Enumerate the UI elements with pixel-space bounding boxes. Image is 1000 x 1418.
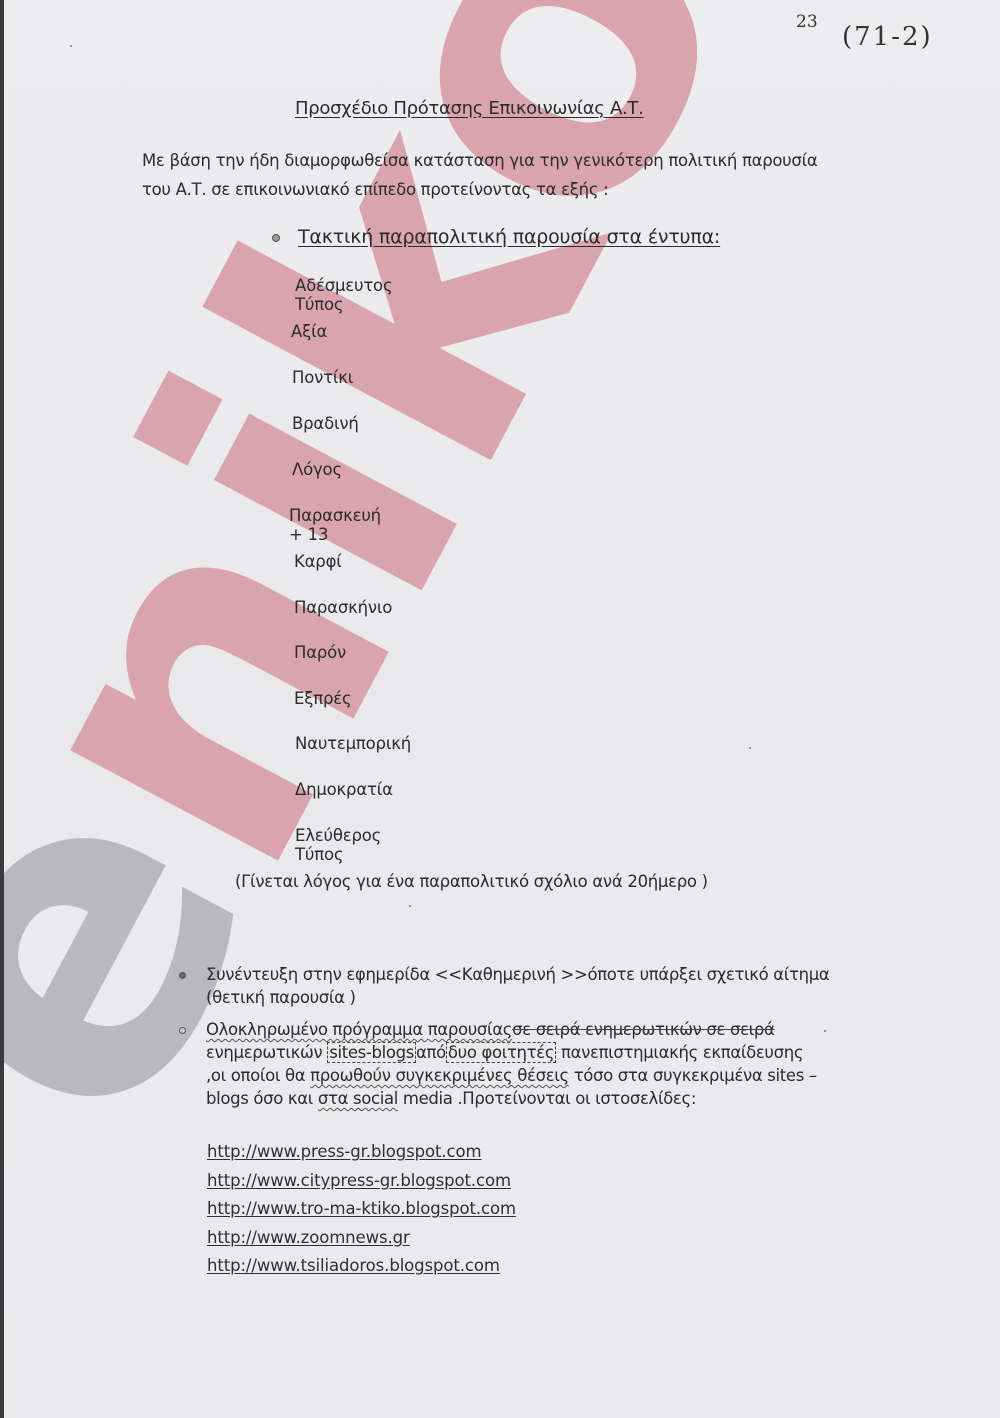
website-link[interactable]: http://www.tsiliadoros.blogspot.com	[207, 1252, 516, 1281]
publication-item: Λόγος	[292, 460, 342, 479]
website-link[interactable]: http://www.press-gr.blogspot.com	[207, 1138, 516, 1167]
website-link[interactable]: http://www.citypress-gr.blogspot.com	[207, 1167, 516, 1196]
publication-item: Ελεύθερος Τύπος	[295, 826, 381, 864]
scanned-page: enikos.gr 23 (71-2) Προσχέδιο Πρότασης Ε…	[0, 0, 1000, 1418]
publication-item: Παρόν	[294, 643, 346, 662]
bullet-icon	[179, 972, 186, 979]
bullet-icon	[272, 234, 280, 242]
publication-item: Αξία	[291, 322, 327, 341]
bullet-online-program: Ολοκληρωμένο πρόγραμμα παρουσίαςσε σειρά…	[176, 1018, 866, 1110]
website-link[interactable]: http://www.tro-ma-ktiko.blogspot.com	[207, 1195, 516, 1224]
publication-item: Παρασκευή + 13	[289, 506, 381, 544]
bullet-icon	[179, 1027, 186, 1034]
annotated-box: δυο φοιτητές	[446, 1042, 556, 1063]
publication-item: Βραδινή	[292, 414, 359, 433]
frequency-note: (Γίνεται λόγος για ένα παραπολιτικό σχόλ…	[235, 872, 708, 891]
document-title: Προσχέδιο Πρότασης Επικοινωνίας Α.Τ.	[295, 98, 644, 119]
intro-line-1: Με βάση την ήδη διαμορφωθείσα κατάσταση …	[142, 146, 842, 175]
publication-item: Αδέσμευτος Τύπος	[295, 276, 392, 314]
scan-speck	[824, 1030, 826, 1032]
handwritten-reference: (71-2)	[842, 22, 933, 52]
publication-item: Δημοκρατία	[295, 780, 393, 799]
proposal-bullets: Συνέντευξη στην εφημερίδα <<Καθημερινή >…	[176, 963, 866, 1110]
scan-speck	[70, 45, 72, 47]
publication-item: Ποντίκι	[292, 368, 353, 387]
intro-paragraph: Με βάση την ήδη διαμορφωθείσα κατάσταση …	[142, 146, 842, 204]
bullet-interview: Συνέντευξη στην εφημερίδα <<Καθημερινή >…	[176, 963, 866, 1009]
website-link[interactable]: http://www.zoomnews.gr	[207, 1224, 516, 1253]
publication-item: Εξπρές	[294, 689, 351, 708]
publication-item: Παρασκήνιο	[294, 598, 392, 617]
publication-item: Καρφί	[294, 552, 342, 571]
intro-line-2: του Α.Τ. σε επικοινωνιακό επίπεδο προτεί…	[142, 175, 842, 204]
annotated-box: sites-blogs	[327, 1042, 416, 1063]
handwritten-page-number: 23	[796, 12, 818, 32]
publication-item: Ναυτεμπορική	[295, 734, 411, 753]
scan-speck	[409, 905, 411, 907]
website-links: http://www.press-gr.blogspot.com http://…	[207, 1138, 516, 1281]
scan-speck	[749, 747, 751, 749]
section-heading: Τακτική παραπολιτική παρουσία στα έντυπα…	[272, 226, 720, 248]
